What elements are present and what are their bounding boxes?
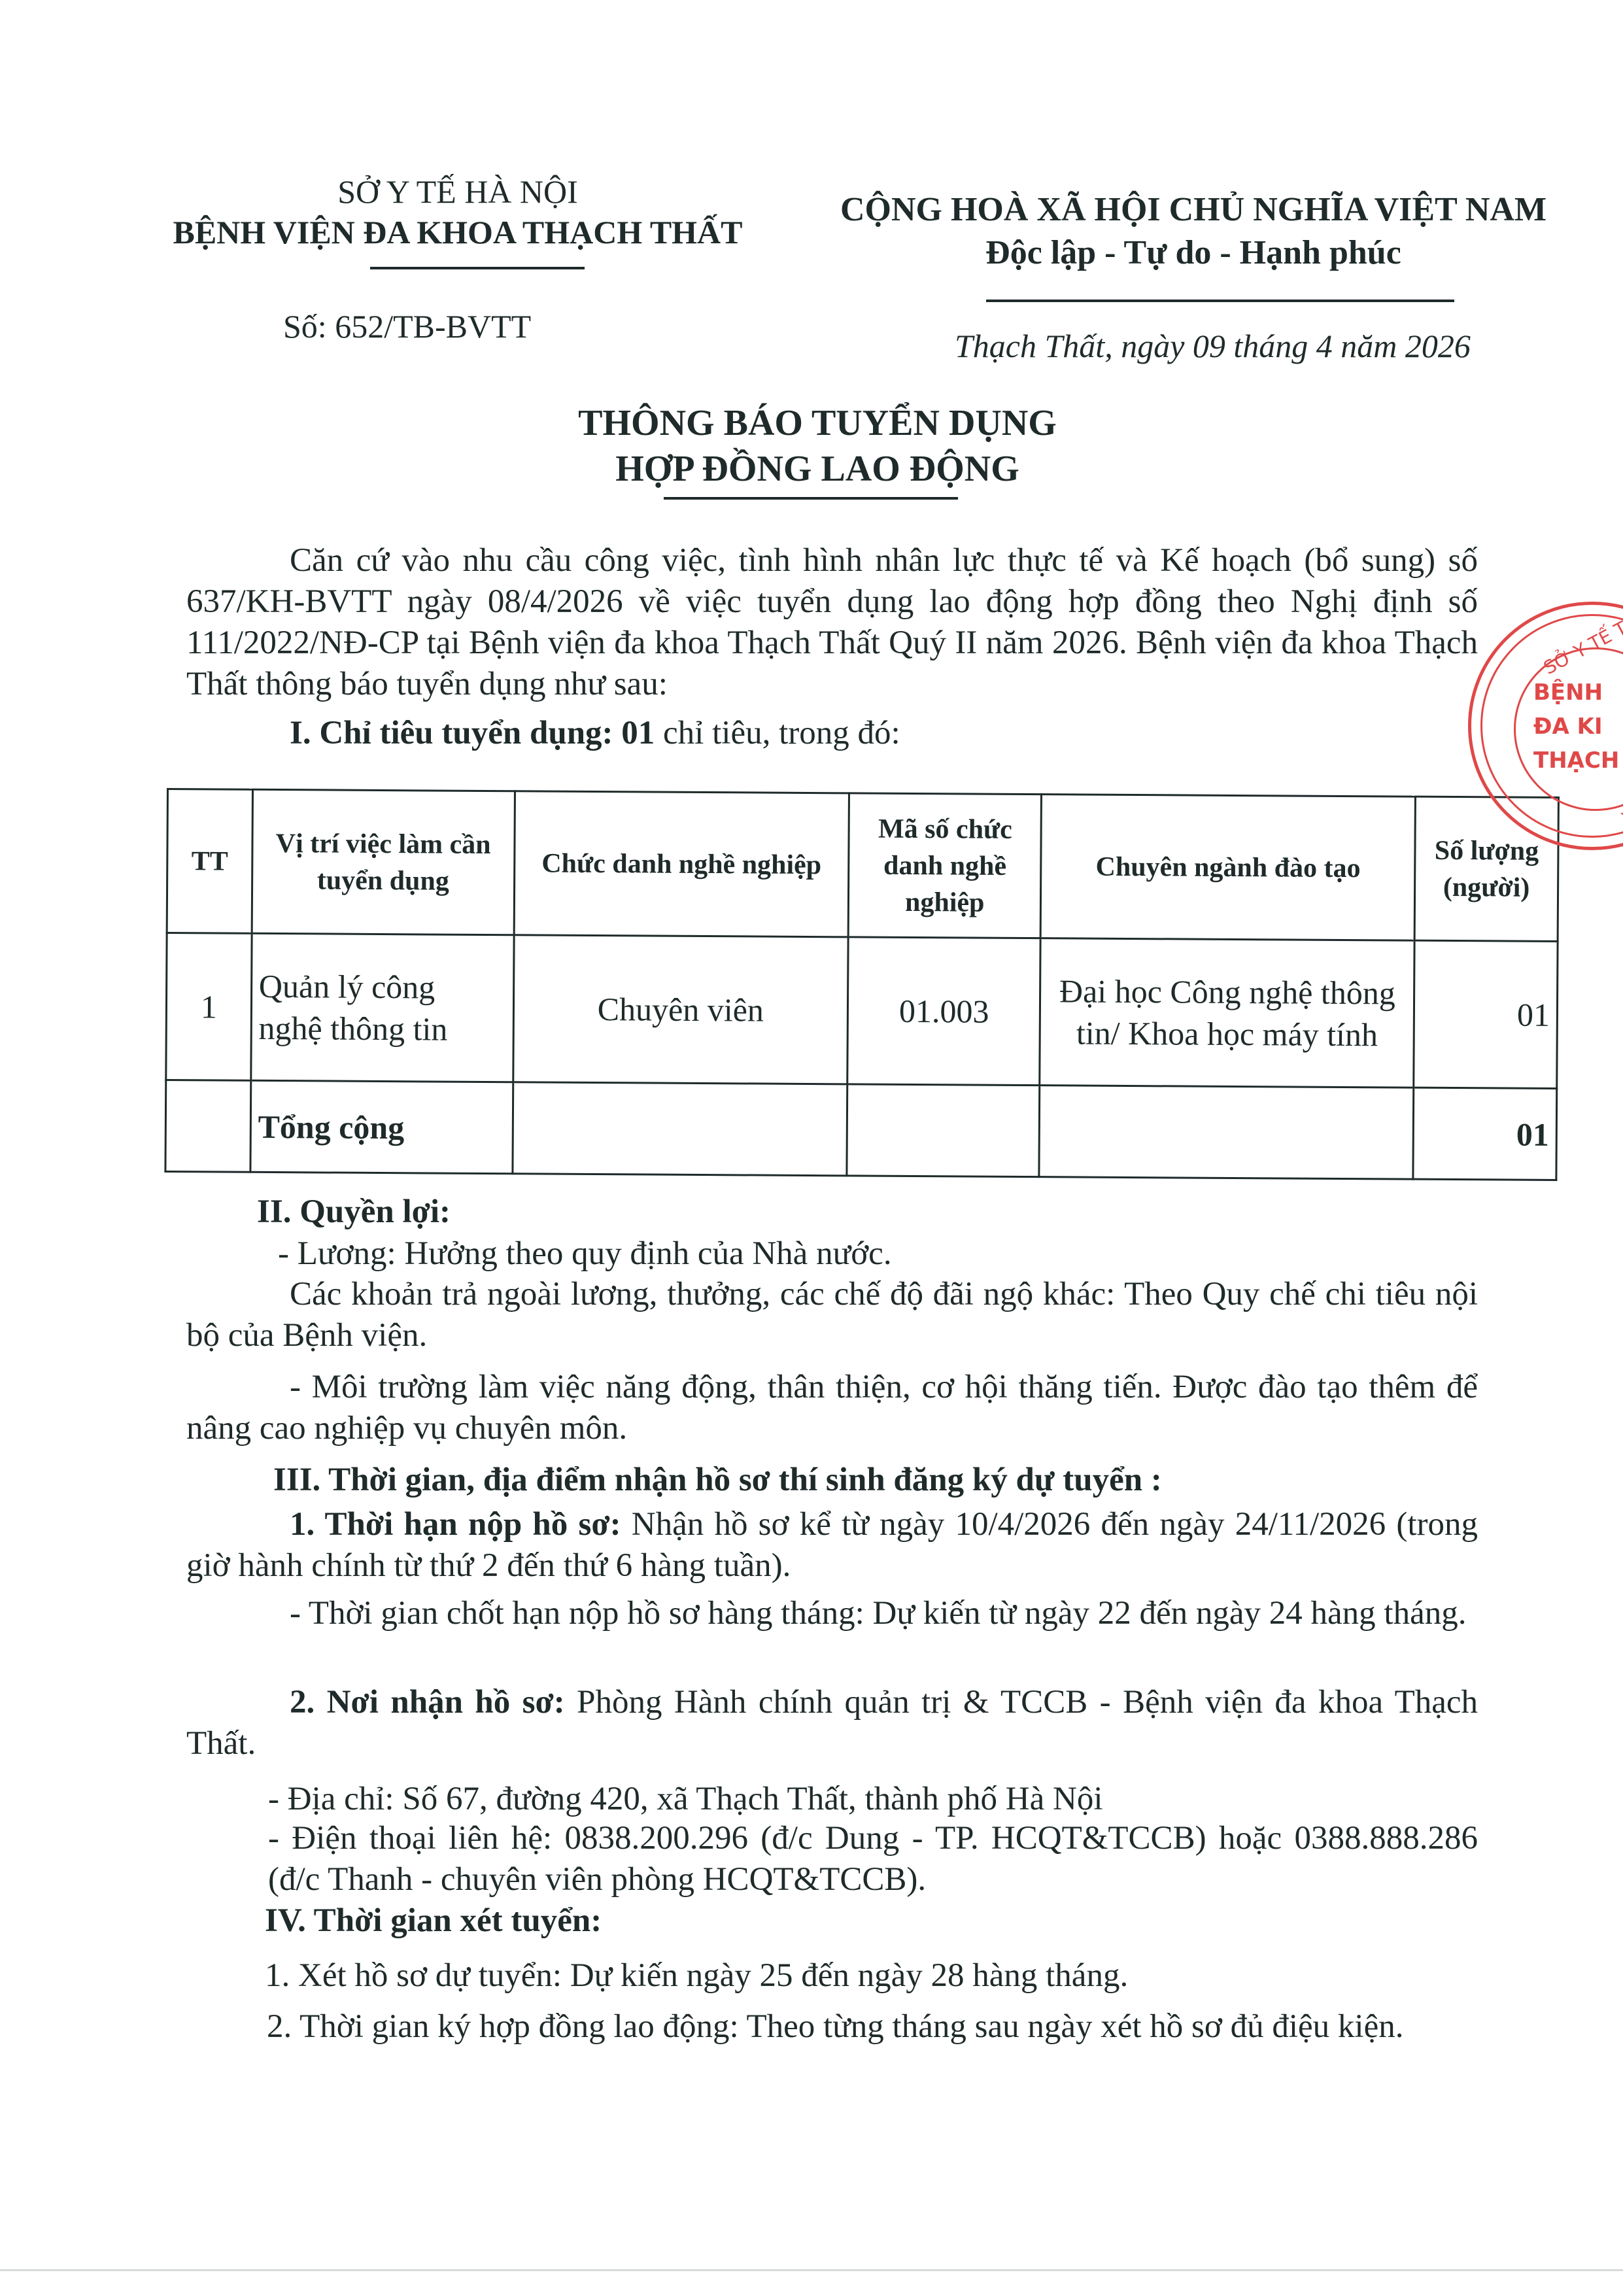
address: - Địa chỉ: Số 67, đường 420, xã Thạch Th… (268, 1779, 1478, 1820)
submission-location-label: 2. Nơi nhận hồ sơ: (290, 1684, 565, 1721)
motto: Độc lập - Tự do - Hạnh phúc (827, 231, 1560, 275)
agency-name: SỞ Y TẾ HÀ NỘI (131, 171, 785, 212)
cell-position: Quản lý công nghệ thông tin (250, 933, 513, 1082)
cell-empty (513, 1082, 847, 1176)
document-title: THÔNG BÁO TUYỂN DỤNG HỢP ĐỒNG LAO ĐỘNG (163, 400, 1471, 492)
place-date: Thạch Thất, ngày 09 tháng 4 năm 2026 (955, 327, 1471, 365)
cell-empty (1039, 1086, 1413, 1179)
issuer-block: SỞ Y TẾ HÀ NỘI BỆNH VIỆN ĐA KHOA THẠCH T… (131, 171, 785, 252)
seal-line-2: ĐA KI (1533, 710, 1619, 744)
scan-edge-line (0, 2269, 1623, 2271)
title-underline (664, 497, 958, 500)
contact-phone: - Điện thoại liên hệ: 0838.200.296 (đ/c … (268, 1818, 1478, 1900)
contract-schedule: 2. Thời gian ký hợp đồng lao động: Theo … (163, 2006, 1445, 2048)
submission-deadline-label: 1. Thời hạn nộp hồ sơ: (290, 1506, 621, 1543)
benefit-environment: - Môi trường làm việc năng động, thân th… (186, 1367, 1478, 1449)
star-icon: ★ (1618, 801, 1623, 831)
submission-location: 2. Nơi nhận hồ sơ: Phòng Hành chính quản… (186, 1682, 1478, 1764)
section-1-heading: I. Chỉ tiêu tuyển dụng: 01 chỉ tiêu, tro… (290, 713, 1467, 754)
section-1-title: I. Chỉ tiêu tuyển dụng: 01 (290, 715, 655, 751)
benefit-salary: - Lương: Hưởng theo quy định của Nhà nướ… (278, 1233, 1455, 1275)
cell-title: Chuyên viên (513, 935, 848, 1084)
review-schedule: 1. Xét hồ sơ dự tuyển: Dự kiến ngày 25 đ… (265, 1955, 1475, 1996)
organization-name: BỆNH VIỆN ĐA KHOA THẠCH THẤT (131, 212, 785, 252)
section-4-heading: IV. Thời gian xét tuyển: (265, 1900, 1442, 1942)
section-1-tail: chỉ tiêu, trong đó: (655, 715, 900, 751)
col-header-tt: TT (167, 789, 252, 934)
document-number: Số: 652/TB-BVTT (283, 307, 531, 345)
nation-name: CỘNG HOÀ XÃ HỘI CHỦ NGHĨA VIỆT NAM (827, 188, 1560, 231)
cell-empty (847, 1084, 1040, 1177)
total-value: 01 (1413, 1088, 1557, 1180)
section-2-heading: II. Quyền lợi: (257, 1191, 1434, 1233)
total-label: Tổng cộng (250, 1080, 513, 1173)
submission-deadline: 1. Thời hạn nộp hồ sơ: Nhận hồ sơ kể từ … (186, 1504, 1478, 1586)
benefit-allowances: Các khoản trả ngoài lương, thưởng, các c… (186, 1274, 1478, 1356)
national-heading: CỘNG HOÀ XÃ HỘI CHỦ NGHĨA VIỆT NAM Độc l… (827, 188, 1560, 275)
seal-line-3: THẠCH (1533, 744, 1619, 778)
table-row: 1 Quản lý công nghệ thông tin Chuyên viê… (166, 933, 1558, 1089)
intro-paragraph: Căn cứ vào nhu cầu công việc, tình hình … (186, 540, 1478, 705)
table-total-row: Tổng cộng 01 (165, 1080, 1557, 1180)
table-header-row: TT Vị trí việc làm cần tuyển dụng Chức d… (167, 789, 1558, 942)
cell-empty (165, 1080, 251, 1173)
cell-quantity: 01 (1414, 940, 1558, 1088)
col-header-code: Mã số chức danh nghề nghiệp (848, 793, 1042, 938)
title-line-1: THÔNG BÁO TUYỂN DỤNG (163, 400, 1471, 446)
monthly-cutoff: - Thời gian chốt hạn nộp hồ sơ hàng thán… (186, 1593, 1478, 1634)
cell-code: 01.003 (847, 937, 1041, 1086)
cell-tt: 1 (166, 933, 252, 1081)
recruitment-table: TT Vị trí việc làm cần tuyển dụng Chức d… (164, 788, 1560, 1181)
title-line-2: HỢP ĐỒNG LAO ĐỘNG (163, 446, 1471, 492)
cell-major: Đại học Công nghệ thông tin/ Khoa học má… (1040, 938, 1414, 1088)
col-header-major: Chuyên ngành đào tạo (1041, 795, 1416, 940)
col-header-position: Vị trí việc làm cần tuyển dụng (252, 789, 515, 934)
motto-underline (986, 300, 1454, 302)
issuer-underline (370, 267, 585, 269)
seal-inner-text: BỆNH ĐA KI THẠCH (1533, 676, 1619, 778)
seal-line-1: BỆNH (1533, 676, 1619, 710)
section-3-heading: III. Thời gian, địa điểm nhận hồ sơ thí … (273, 1460, 1516, 1501)
col-header-title: Chức danh nghề nghiệp (514, 791, 849, 937)
